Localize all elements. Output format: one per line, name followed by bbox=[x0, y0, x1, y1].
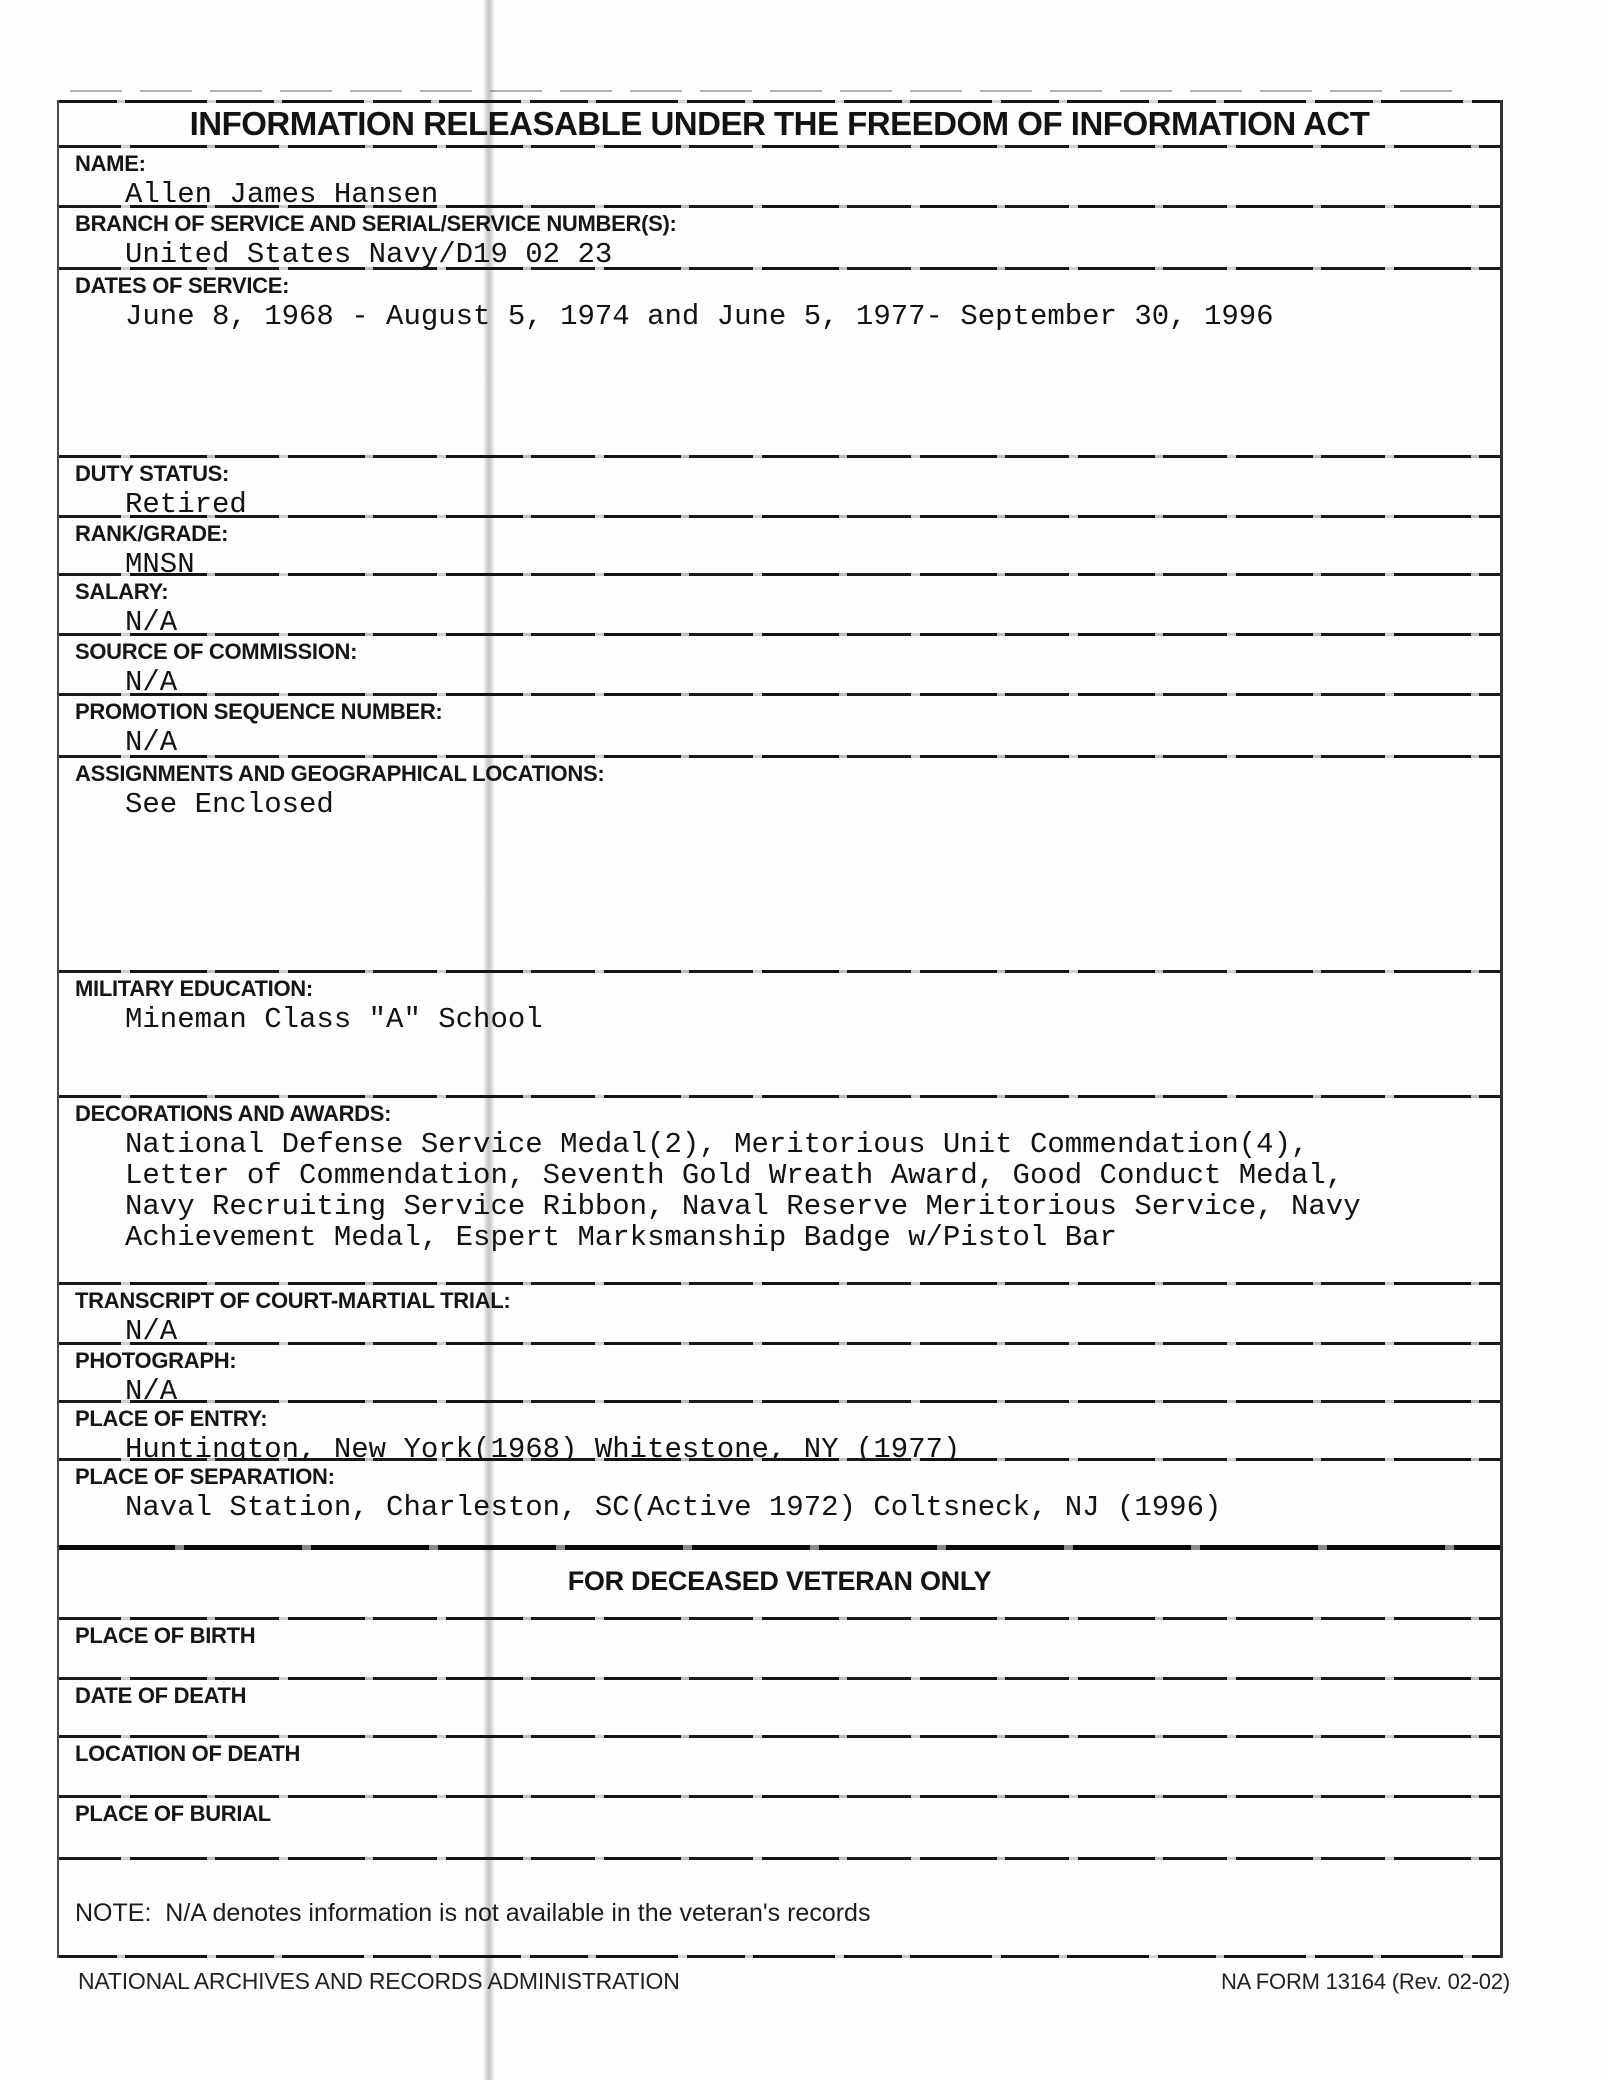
field-label: SOURCE OF COMMISSION: bbox=[59, 633, 1500, 664]
row-location-of-death: LOCATION OF DEATH bbox=[59, 1735, 1500, 1795]
row-place-of-birth: PLACE OF BIRTH bbox=[59, 1617, 1500, 1677]
deceased-section-header-row: FOR DECEASED VETERAN ONLY bbox=[59, 1545, 1500, 1617]
field-value: Naval Station, Charleston, SC(Active 197… bbox=[59, 1489, 1429, 1523]
deceased-section-title: FOR DECEASED VETERAN ONLY bbox=[568, 1566, 992, 1597]
field-label: DATES OF SERVICE: bbox=[59, 267, 1500, 298]
field-value: United States Navy/D19 02 23 bbox=[59, 236, 1429, 267]
row-date-of-death: DATE OF DEATH bbox=[59, 1677, 1500, 1735]
field-value: National Defense Service Medal(2), Merit… bbox=[59, 1126, 1429, 1253]
field-label: DECORATIONS AND AWARDS: bbox=[59, 1095, 1500, 1126]
form-footer: NATIONAL ARCHIVES AND RECORDS ADMINISTRA… bbox=[57, 1968, 1510, 1995]
row-rank-grade: RANK/GRADE: MNSN bbox=[59, 515, 1500, 573]
field-label: ASSIGNMENTS AND GEOGRAPHICAL LOCATIONS: bbox=[59, 755, 1500, 786]
row-source-of-commission: SOURCE OF COMMISSION: N/A bbox=[59, 633, 1500, 693]
field-label: RANK/GRADE: bbox=[59, 515, 1500, 546]
field-label: TRANSCRIPT OF COURT-MARTIAL TRIAL: bbox=[59, 1282, 1500, 1313]
scanned-document-page: INFORMATION RELEASABLE UNDER THE FREEDOM… bbox=[0, 0, 1608, 2080]
row-assignments-locations: ASSIGNMENTS AND GEOGRAPHICAL LOCATIONS: … bbox=[59, 755, 1500, 970]
field-label: PLACE OF SEPARATION: bbox=[59, 1458, 1500, 1489]
field-label: LOCATION OF DEATH bbox=[59, 1735, 1500, 1766]
field-value: Mineman Class "A" School bbox=[59, 1001, 1429, 1035]
field-label: DUTY STATUS: bbox=[59, 455, 1500, 486]
field-value: Allen James Hansen bbox=[59, 176, 1429, 205]
row-promotion-sequence-number: PROMOTION SEQUENCE NUMBER: N/A bbox=[59, 693, 1500, 755]
note-text: NOTE: N/A denotes information is not ava… bbox=[59, 1857, 1500, 1927]
form-title-row: INFORMATION RELEASABLE UNDER THE FREEDOM… bbox=[59, 103, 1500, 145]
row-salary: SALARY: N/A bbox=[59, 573, 1500, 633]
row-place-of-burial: PLACE OF BURIAL bbox=[59, 1795, 1500, 1857]
field-value: Retired bbox=[59, 486, 1429, 515]
field-value: N/A bbox=[59, 1373, 1429, 1400]
note-row: NOTE: N/A denotes information is not ava… bbox=[59, 1857, 1500, 1955]
field-label: PLACE OF BIRTH bbox=[59, 1617, 1500, 1648]
row-dates-of-service: DATES OF SERVICE: June 8, 1968 - August … bbox=[59, 267, 1500, 455]
field-label: NAME: bbox=[59, 145, 1500, 176]
row-place-of-entry: PLACE OF ENTRY: Huntington, New York(196… bbox=[59, 1400, 1500, 1458]
field-value: Huntington, New York(1968) Whitestone, N… bbox=[59, 1431, 1429, 1458]
row-photograph: PHOTOGRAPH: N/A bbox=[59, 1342, 1500, 1400]
field-label: BRANCH OF SERVICE AND SERIAL/SERVICE NUM… bbox=[59, 205, 1500, 236]
field-label: MILITARY EDUCATION: bbox=[59, 970, 1500, 1001]
field-value: June 8, 1968 - August 5, 1974 and June 5… bbox=[59, 298, 1429, 332]
field-value: N/A bbox=[59, 724, 1429, 755]
row-duty-status: DUTY STATUS: Retired bbox=[59, 455, 1500, 515]
footer-agency-name: NATIONAL ARCHIVES AND RECORDS ADMINISTRA… bbox=[57, 1968, 680, 1995]
field-label: PHOTOGRAPH: bbox=[59, 1342, 1500, 1373]
field-value: MNSN bbox=[59, 546, 1429, 573]
field-label: PROMOTION SEQUENCE NUMBER: bbox=[59, 693, 1500, 724]
foia-release-form: INFORMATION RELEASABLE UNDER THE FREEDOM… bbox=[57, 100, 1503, 1958]
row-name: NAME: Allen James Hansen bbox=[59, 145, 1500, 205]
row-branch-of-service: BRANCH OF SERVICE AND SERIAL/SERVICE NUM… bbox=[59, 205, 1500, 267]
field-label: PLACE OF BURIAL bbox=[59, 1795, 1500, 1826]
field-label: PLACE OF ENTRY: bbox=[59, 1400, 1500, 1431]
field-label: DATE OF DEATH bbox=[59, 1677, 1500, 1708]
field-value: N/A bbox=[59, 1313, 1429, 1342]
row-court-martial-transcript: TRANSCRIPT OF COURT-MARTIAL TRIAL: N/A bbox=[59, 1282, 1500, 1342]
row-military-education: MILITARY EDUCATION: Mineman Class "A" Sc… bbox=[59, 970, 1500, 1095]
field-value: N/A bbox=[59, 604, 1429, 633]
scan-artifact-line bbox=[70, 90, 1470, 92]
field-value: N/A bbox=[59, 664, 1429, 693]
field-value: See Enclosed bbox=[59, 786, 1429, 820]
form-title: INFORMATION RELEASABLE UNDER THE FREEDOM… bbox=[190, 105, 1370, 143]
row-place-of-separation: PLACE OF SEPARATION: Naval Station, Char… bbox=[59, 1458, 1500, 1545]
field-label: SALARY: bbox=[59, 573, 1500, 604]
footer-form-number: NA FORM 13164 (Rev. 02-02) bbox=[1221, 1969, 1510, 1995]
row-decorations-awards: DECORATIONS AND AWARDS: National Defense… bbox=[59, 1095, 1500, 1282]
